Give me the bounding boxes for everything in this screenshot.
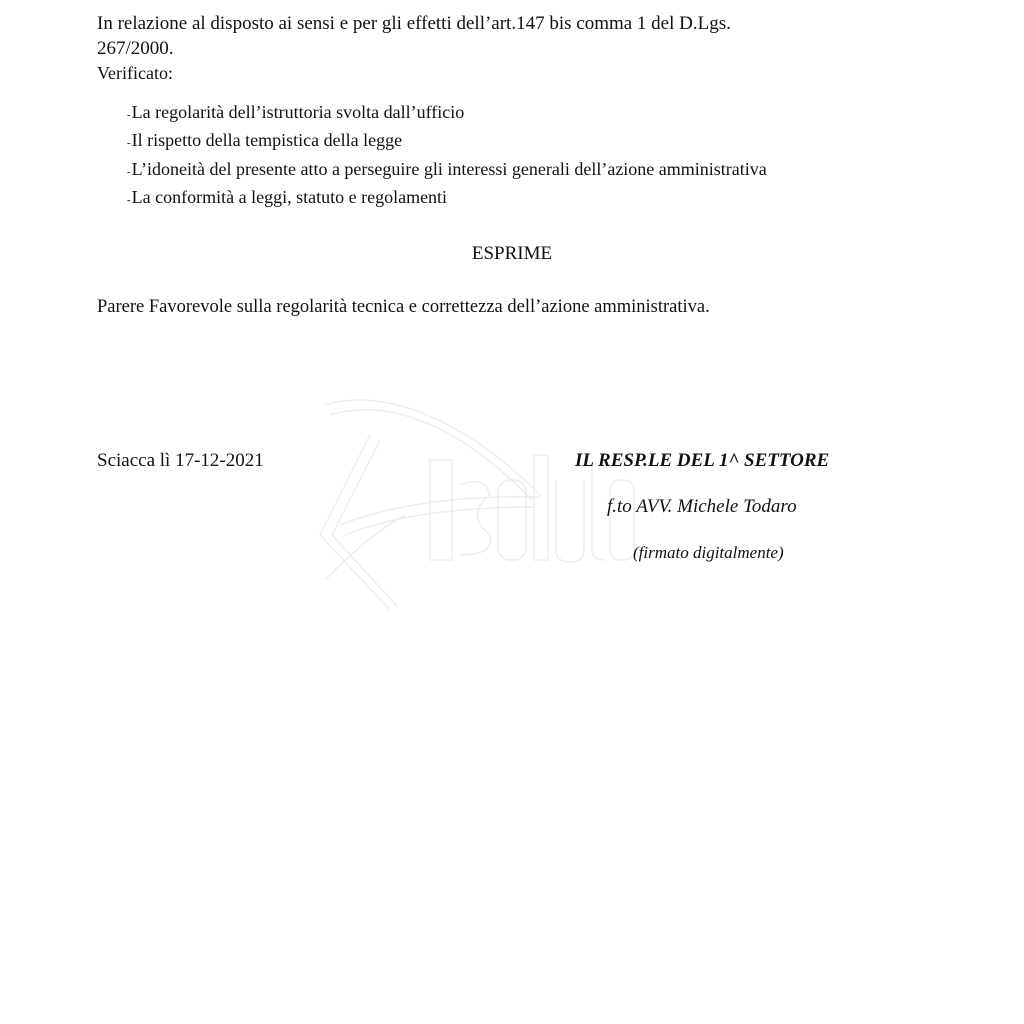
checklist-item-text: La conformità a leggi, statuto e regolam… (132, 187, 447, 207)
checklist-item: -La regolarità dell’istruttoria svolta d… (127, 100, 767, 128)
intro-text-line1: In relazione al disposto ai sensi e per … (97, 12, 731, 36)
intro-text-line2: 267/2000. (97, 37, 174, 61)
bullet-dash-icon: - (127, 109, 131, 121)
verified-label: Verificato: (97, 61, 173, 85)
checklist-item-text: Il rispetto della tempistica della legge (132, 130, 402, 150)
checklist-item: -La conformità a leggi, statuto e regola… (127, 185, 767, 213)
checklist-item-text: L’idoneità del presente atto a perseguir… (132, 159, 767, 179)
bullet-dash-icon: - (127, 166, 131, 178)
signatory-name: f.to AVV. Michele Todaro (607, 495, 797, 519)
checklist-item-text: La regolarità dell’istruttoria svolta da… (132, 102, 465, 122)
verification-checklist: -La regolarità dell’istruttoria svolta d… (127, 100, 767, 213)
signatory-title: IL RESP.LE DEL 1^ SETTORE (575, 449, 829, 473)
bullet-dash-icon: - (127, 137, 131, 149)
opinion-text: Parere Favorevole sulla regolarità tecni… (97, 295, 710, 319)
checklist-item: -Il rispetto della tempistica della legg… (127, 128, 767, 156)
section-heading-esprime: ESPRIME (0, 242, 1024, 266)
document-page: In relazione al disposto ai sensi e per … (0, 0, 1024, 1024)
checklist-item: -L’idoneità del presente atto a persegui… (127, 157, 767, 185)
place-and-date: Sciacca lì 17-12-2021 (97, 449, 264, 473)
risoluto-logo-watermark-icon (310, 385, 640, 615)
bullet-dash-icon: - (127, 194, 131, 206)
digital-signature-note: (firmato digitalmente) (633, 541, 784, 565)
